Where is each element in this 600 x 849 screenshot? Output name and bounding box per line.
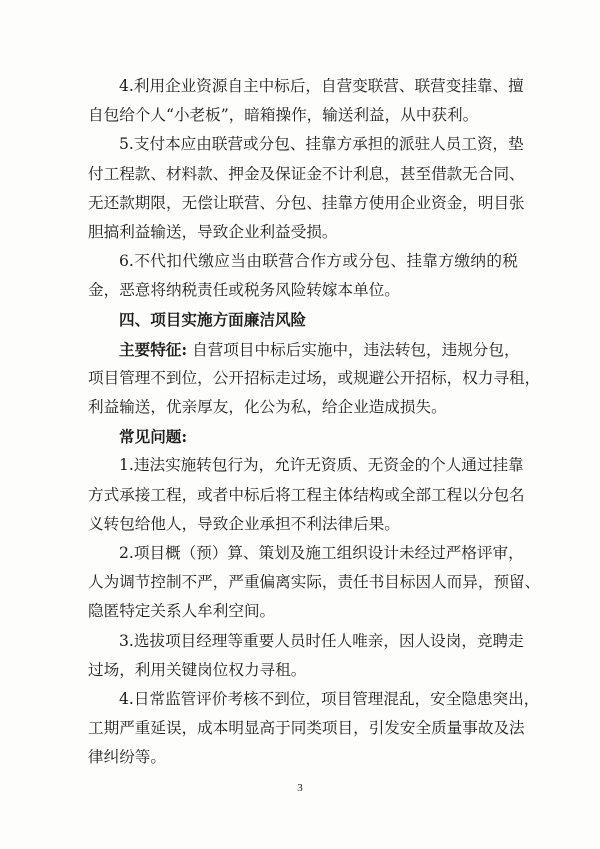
section-heading: 四、项目实施方面廉洁风险	[88, 306, 518, 335]
paragraph-problem-1: 1.违法实施转包行为，允许无资质、无资金的个人通过挂靠 方式承接工程，或者中标后…	[88, 451, 518, 539]
main-features-label: 主要特征:	[119, 340, 187, 359]
text-line: 4.日常监管评价考核不到位，项目管理混乱，安全隐患突出，	[88, 685, 518, 714]
text-line: 自包给个人“小老板”，暗箱操作，输送利益，从中获利。	[88, 101, 518, 130]
text-line: 1.违法实施转包行为，允许无资质、无资金的个人通过挂靠	[88, 451, 518, 480]
text-line: 6.不代扣代缴应当由联营合作方或分包、挂靠方缴纳的税	[88, 247, 518, 276]
paragraph-item-4-resources: 4.利用企业资源自主中标后，自营变联营、联营变挂靠、擅 自包给个人“小老板”，暗…	[88, 72, 518, 130]
text-line: 过场，利用关键岗位权力寻租。	[88, 656, 518, 685]
text-line: 无还款期限，无偿让联营、分包、挂靠方使用企业资金，明目张	[88, 189, 518, 218]
text-line: 利益输送，优亲厚友，化公为私，给企业造成损失。	[88, 393, 518, 422]
main-features-text: 自营项目中标后实施中，违法转包，违规分包，	[187, 341, 519, 359]
text-line: 方式承接工程，或者中标后将工程主体结构或全部工程以分包名	[88, 481, 518, 510]
text-line: 律纠纷等。	[88, 743, 518, 772]
text-line: 主要特征: 自营项目中标后实施中，违法转包，违规分包，	[88, 335, 518, 364]
text-line: 2.项目概（预）算、策划及施工组织设计未经过严格评审，	[88, 539, 518, 568]
paragraph-item-5-payment: 5.支付本应由联营或分包、挂靠方承担的派驻人员工资，垫 付工程款、材料款、押金及…	[88, 130, 518, 247]
text-line: 隐匿特定关系人牟利空间。	[88, 597, 518, 626]
paragraph-problem-3: 3.选拔项目经理等重要人员时任人唯亲，因人设岗，竞聘走 过场，利用关键岗位权力寻…	[88, 627, 518, 685]
text-line: 义转包给他人，导致企业承担不利法律后果。	[88, 510, 518, 539]
text-line: 5.支付本应由联营或分包、挂靠方承担的派驻人员工资，垫	[88, 130, 518, 159]
paragraph-problem-4: 4.日常监管评价考核不到位，项目管理混乱，安全隐患突出， 工期严重延误，成本明显…	[88, 685, 518, 773]
text-line: 3.选拔项目经理等重要人员时任人唯亲，因人设岗，竞聘走	[88, 627, 518, 656]
text-line: 人为调节控制不严，严重偏离实际，责任书目标因人而异，预留、	[88, 568, 518, 597]
text-line: 付工程款、材料款、押金及保证金不计利息，甚至借款无合同、	[88, 160, 518, 189]
document-body: 4.利用企业资源自主中标后，自营变联营、联营变挂靠、擅 自包给个人“小老板”，暗…	[88, 72, 518, 773]
paragraph-problem-2: 2.项目概（预）算、策划及施工组织设计未经过严格评审， 人为调节控制不严，严重偏…	[88, 539, 518, 627]
text-line: 工期严重延误，成本明显高于同类项目，引发安全质量事故及法	[88, 714, 518, 743]
text-line: 金，恶意将纳税责任或税务风险转嫁本单位。	[88, 276, 518, 305]
paragraph-main-features: 主要特征: 自营项目中标后实施中，违法转包，违规分包， 项目管理不到位，公开招标…	[88, 335, 518, 423]
text-line: 胆搞利益输送，导致企业利益受损。	[88, 218, 518, 247]
common-problems-label: 常见问题:	[88, 422, 518, 451]
paragraph-item-6-tax: 6.不代扣代缴应当由联营合作方或分包、挂靠方缴纳的税 金，恶意将纳税责任或税务风…	[88, 247, 518, 305]
text-line: 4.利用企业资源自主中标后，自营变联营、联营变挂靠、擅	[88, 72, 518, 101]
text-line: 项目管理不到位，公开招标走过场，或规避公开招标，权力寻租，	[88, 364, 518, 393]
page-number: 3	[0, 782, 600, 794]
